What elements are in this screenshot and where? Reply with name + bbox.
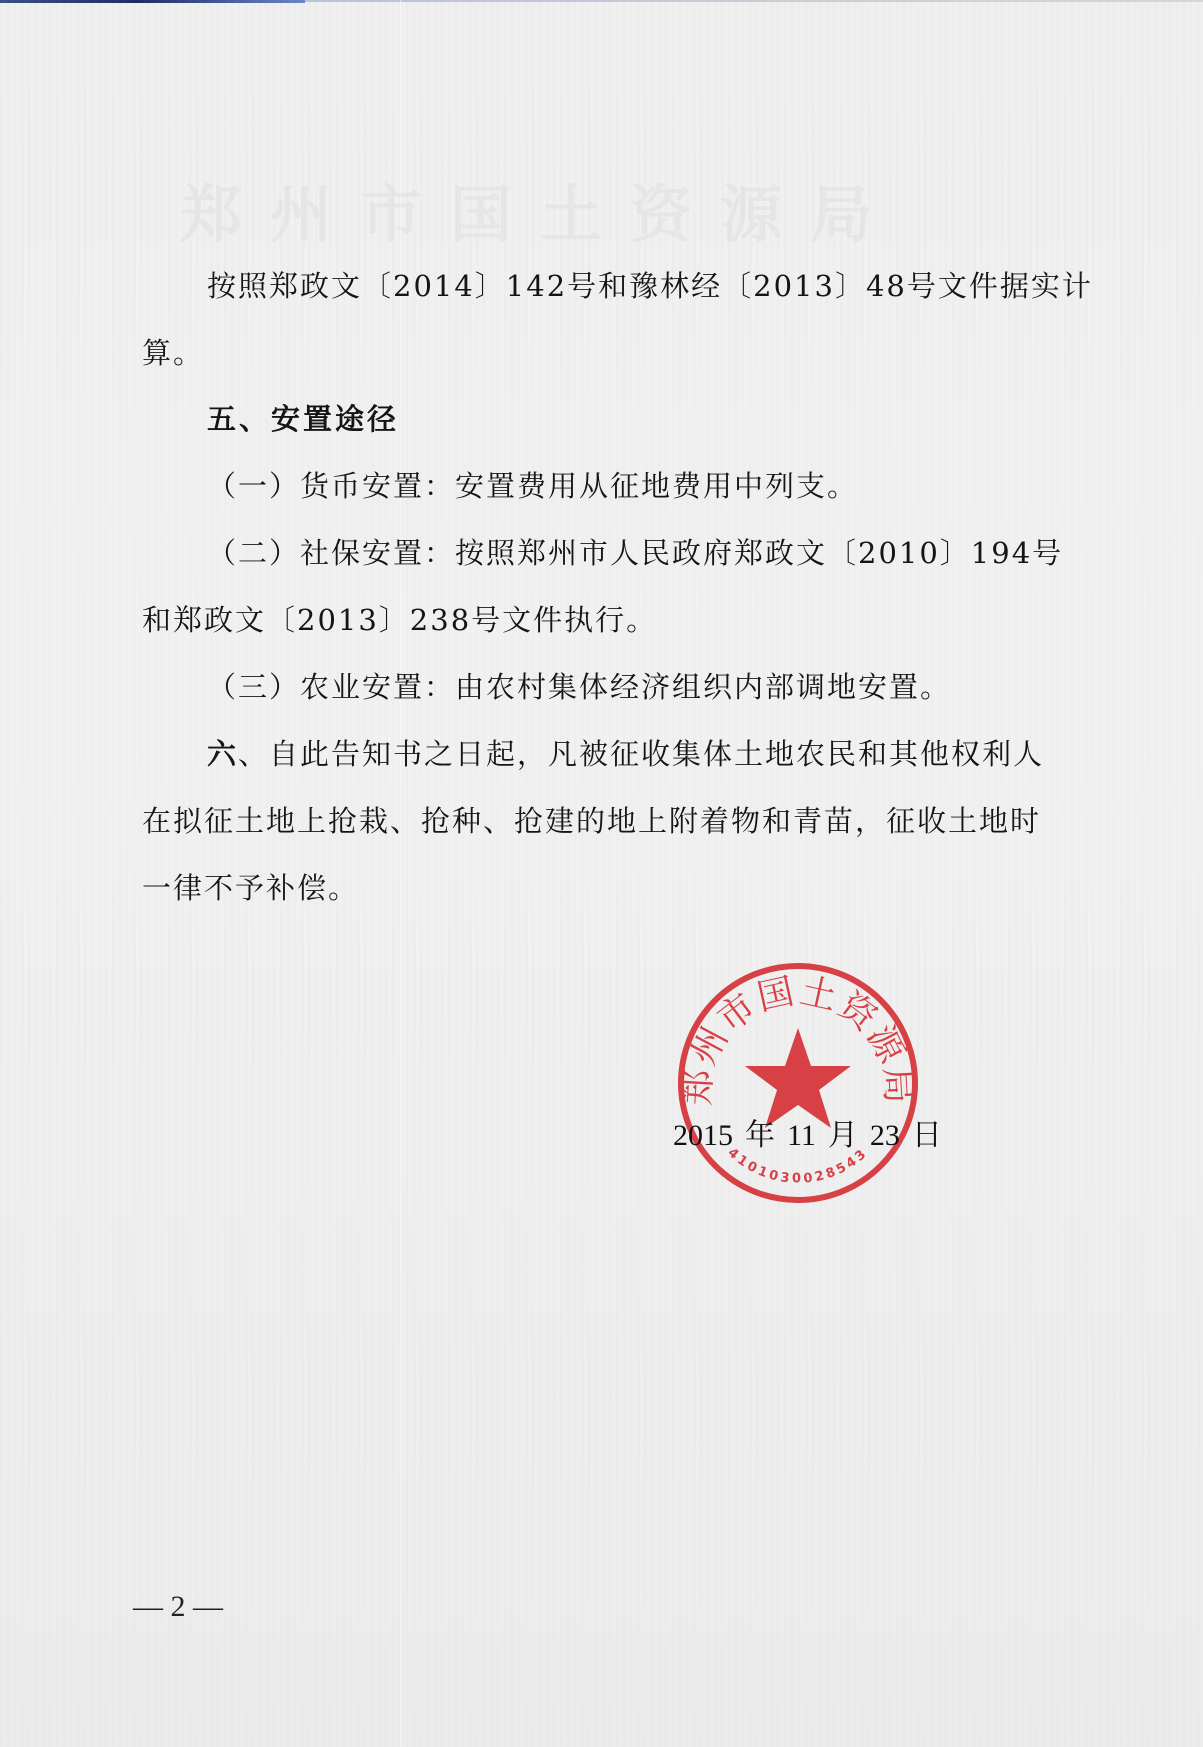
section-paragraph-line: 在拟征土地上抢栽、抢种、抢建的地上附着物和青苗，征收土地时 bbox=[142, 801, 1041, 841]
scan-edge-strip bbox=[0, 0, 305, 3]
section-paragraph-line: 一律不予补偿。 bbox=[142, 868, 359, 908]
page-number: — 2 — bbox=[133, 1589, 223, 1625]
date-year: 2015 bbox=[673, 1119, 733, 1152]
section-number: 六 bbox=[207, 737, 238, 771]
paragraph-line: 按照郑政文〔2014〕142号和豫林经〔2013〕48号文件据实计 bbox=[207, 266, 1093, 306]
official-seal-stamp: 郑州市国土资源局 4101030028543 bbox=[675, 960, 921, 1206]
signature-date: 2015年11月23日 bbox=[673, 1116, 954, 1156]
section-text: 、自此告知书之日起，凡被征收集体土地农民和其他权利人 bbox=[238, 737, 1044, 771]
date-day: 23 bbox=[870, 1119, 900, 1152]
star-icon bbox=[745, 1028, 851, 1128]
list-item: （二）社保安置：按照郑州市人民政府郑政文〔2010〕194号 bbox=[207, 533, 1063, 573]
section-heading: 五、安置途径 bbox=[207, 399, 399, 439]
list-item: （三）农业安置：由农村集体经济组织内部调地安置。 bbox=[207, 667, 951, 707]
date-month: 11 bbox=[787, 1119, 816, 1152]
paper-fold-line bbox=[400, 0, 401, 1747]
bleed-through-header: 郑州市国土资源局 bbox=[180, 165, 1070, 235]
paragraph-line: 算。 bbox=[142, 333, 204, 373]
date-month-unit: 月 bbox=[828, 1119, 858, 1152]
date-day-unit: 日 bbox=[912, 1119, 942, 1152]
date-year-unit: 年 bbox=[745, 1119, 775, 1152]
section-paragraph-line: 六、自此告知书之日起，凡被征收集体土地农民和其他权利人 bbox=[207, 734, 1044, 774]
scan-edge-strip-light bbox=[305, 0, 1203, 2]
list-item-continuation: 和郑政文〔2013〕238号文件执行。 bbox=[142, 600, 657, 640]
list-item: （一）货币安置：安置费用从征地费用中列支。 bbox=[207, 466, 858, 506]
